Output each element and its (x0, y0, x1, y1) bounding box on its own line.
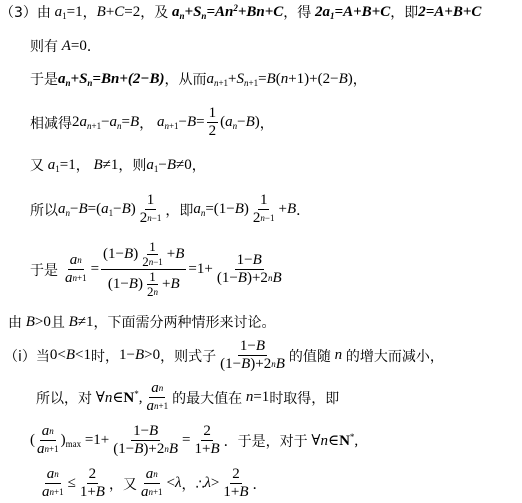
line-8: 由 B>0 且 B≠1 ，下面需分两种情形来讨论。 (8, 312, 276, 332)
fraction: anan+1 (145, 380, 171, 415)
fraction: 12 (207, 105, 219, 140)
line-2: 则有 A=0 ． (30, 36, 101, 56)
fraction: 1−B(1−B)+2nB (218, 338, 287, 373)
fraction: 21+B (193, 423, 222, 458)
fraction: 12n−1 (138, 192, 164, 227)
line-10: 所以，对 ∀n∈N*, anan+1 的最大值在 n=1 时取得，即 (36, 380, 339, 415)
line-3: 于是 an+Sn=Bn+(2−B) ，从而 an+1+Sn+1=B(n+1)+(… (30, 69, 367, 89)
line-5: 又 a1=1 ， B≠1 ，则 a1−B≠0 ， (30, 155, 206, 175)
line-4: 相减得 2an+1−an=B ， an+1−B= 12 (an−B) ， (30, 105, 274, 140)
fraction: 1−B(1−B)+2nB (111, 423, 180, 458)
fraction: 21+B (221, 466, 250, 501)
line-11: ( anan+1 )max =1+ 1−B(1−B)+2nB = 21+B ．于… (30, 423, 358, 458)
fraction: 12n−1 (251, 192, 277, 227)
fraction: anan+1 (63, 252, 89, 287)
line-1: （3） 由 a1=1 ， B+C=2 ，及 an+Sn=An2+Bn+C ，得 … (0, 2, 481, 22)
part-label: （3） (0, 2, 37, 22)
fraction: (1−B)12n−1+B (1−B)12n+B (101, 240, 186, 299)
math: a1=1 (51, 4, 83, 21)
fraction: anan+1 (40, 466, 66, 501)
math-bold: an+Sn=An2+Bn+C (168, 3, 283, 21)
line-12: anan+1 ≤ 21+B ，又 anan+1 <λ ，∴ λ> 21+B ． (38, 466, 267, 501)
fraction: anan+1 (35, 423, 61, 458)
fraction: 1−B(1−B)+2nB (215, 252, 284, 287)
line-6: 所以 an−B=(a1−B) 12n−1 ，即 an=(1−B) 12n−1 +… (30, 192, 310, 227)
line-7: 于是 anan+1 = (1−B)12n−1+B (1−B)12n+B =1+ … (30, 240, 286, 299)
line-9: （i）当 0<B<1 时， 1−B>0 ，则式子 1−B(1−B)+2nB 的值… (4, 338, 444, 373)
fraction: anan+1 (139, 466, 165, 501)
fraction: 21+B (78, 466, 107, 501)
